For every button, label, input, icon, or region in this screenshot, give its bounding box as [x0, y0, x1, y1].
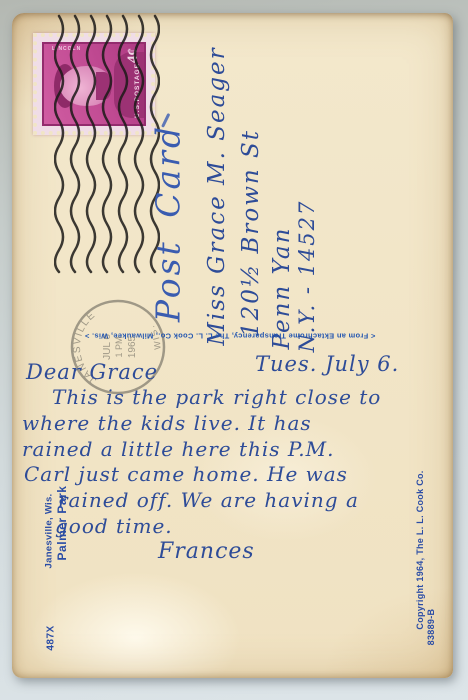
cancellation-wavy-lines: [54, 14, 160, 276]
address-street: 120½ Brown St: [238, 129, 264, 337]
message-signature: Frances: [158, 539, 255, 564]
message-line-5: rained off. We are having a: [58, 488, 359, 512]
card-number: 83889-B: [426, 609, 436, 646]
message-line-3: rained a little here this P.M.: [22, 437, 335, 461]
post-card-heading: Post Card: [149, 124, 188, 322]
address-recipient: Miss Grace M. Seager: [204, 46, 230, 345]
caption-title: Palmer Park: [55, 486, 69, 561]
stock-code: 487X: [46, 625, 57, 650]
caption-subtitle: Janesville, Wis.: [44, 494, 55, 569]
message-line-2: where the kids live. It has: [22, 411, 312, 435]
message-date: Tues. July 6.: [255, 352, 399, 376]
postcard-back: LINCOLN U.S.POSTAGE 4¢ JANESVILLE WIS: [12, 13, 453, 678]
message-line-6: good time.: [55, 514, 173, 538]
copyright-line: Copyright 1964, The L. L. Cook Co.: [415, 470, 425, 629]
printer-credit-line: < From an Ektachrome Transparency, The L…: [85, 332, 376, 341]
message-line-4: Carl just came home. He was: [24, 462, 348, 486]
address-state-zip: N.Y. - 14527: [295, 200, 319, 353]
message-salutation: Dear Grace: [26, 360, 158, 384]
message-line-1: This is the park right close to: [52, 385, 381, 409]
